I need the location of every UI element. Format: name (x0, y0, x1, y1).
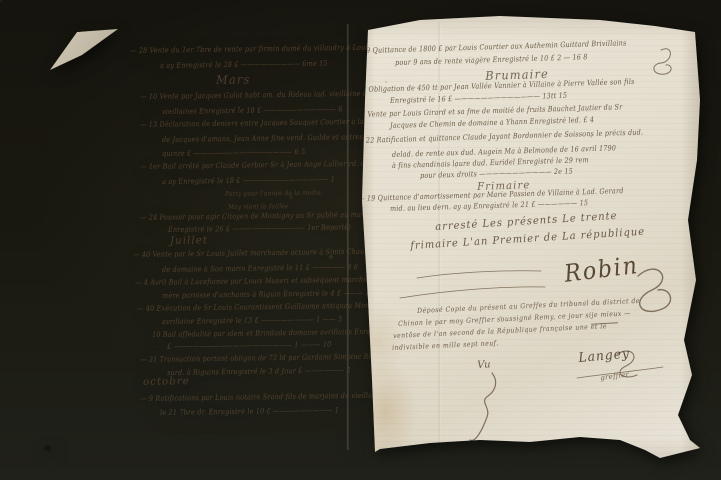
manuscript-line: £ —————————————————— 1 ——— 10 (167, 341, 331, 351)
manuscript-line: avrillaine Enregistré le 13 £ ———————— 1… (162, 315, 342, 325)
manuscript-line: — 24 Pouvoir pour agir Citoyen de Montig… (140, 211, 380, 222)
month-heading-juillet: Juillet (170, 235, 208, 246)
vu-flourish-icon (470, 373, 496, 440)
ink-flourishes (355, 14, 705, 466)
paraph-flourish-icon (654, 49, 671, 74)
manuscript-line: quinze £ ——————————————— 6 5 (162, 148, 305, 158)
left-page-sheet: — 28 Vente du 1er 7bre de rente par firm… (20, 14, 375, 479)
month-heading-octobre: octobre (143, 376, 190, 387)
paper-specks (0, 0, 2, 2)
manuscript-line: vieillaines Enregistré le 18 £ —————————… (162, 105, 343, 115)
manuscript-line: Enregistré le 26 £ ——————————— 1er Repor… (168, 223, 351, 233)
right-page-paper: 9 Quittance de 1800 £ par Louis Courtier… (355, 14, 705, 466)
fold-crease (346, 24, 349, 450)
corner-fold (44, 28, 122, 74)
manuscript-line: le 21 7bre dr. Enregistré le 10 £ ——————… (160, 407, 339, 417)
right-page-sheet: 9 Quittance de 1800 £ par Louis Courtier… (355, 14, 705, 466)
manuscript-line: a ay Enregistré le 18 £ ————————————— 1 (162, 176, 335, 186)
robin-paraph-icon (638, 269, 671, 311)
paper-hole (44, 445, 51, 453)
manuscript-line: de domaine à Son marin Enregistré le 11 … (162, 263, 358, 273)
manuscript-line: surd. à Riguins Enregistré le 3 d Jour £… (167, 366, 351, 376)
manuscript-line: a ay Enregistré le 28 £ ————————— 6me 15 (160, 60, 328, 70)
manuscript-photo: — 28 Vente du 1er 7bre de rente par firm… (0, 0, 721, 480)
langey-paraph-icon (617, 351, 637, 377)
manuscript-line: mère paroisse d'anchants à Riguin Enregi… (162, 289, 374, 299)
manuscript-line: May vient la fuillée (228, 203, 289, 211)
left-page-paper: — 28 Vente du 1er 7bre de rente par firm… (20, 14, 375, 479)
month-heading-mars: Mars (216, 73, 251, 86)
manuscript-line: Party pour l'année de la medie (225, 190, 321, 198)
